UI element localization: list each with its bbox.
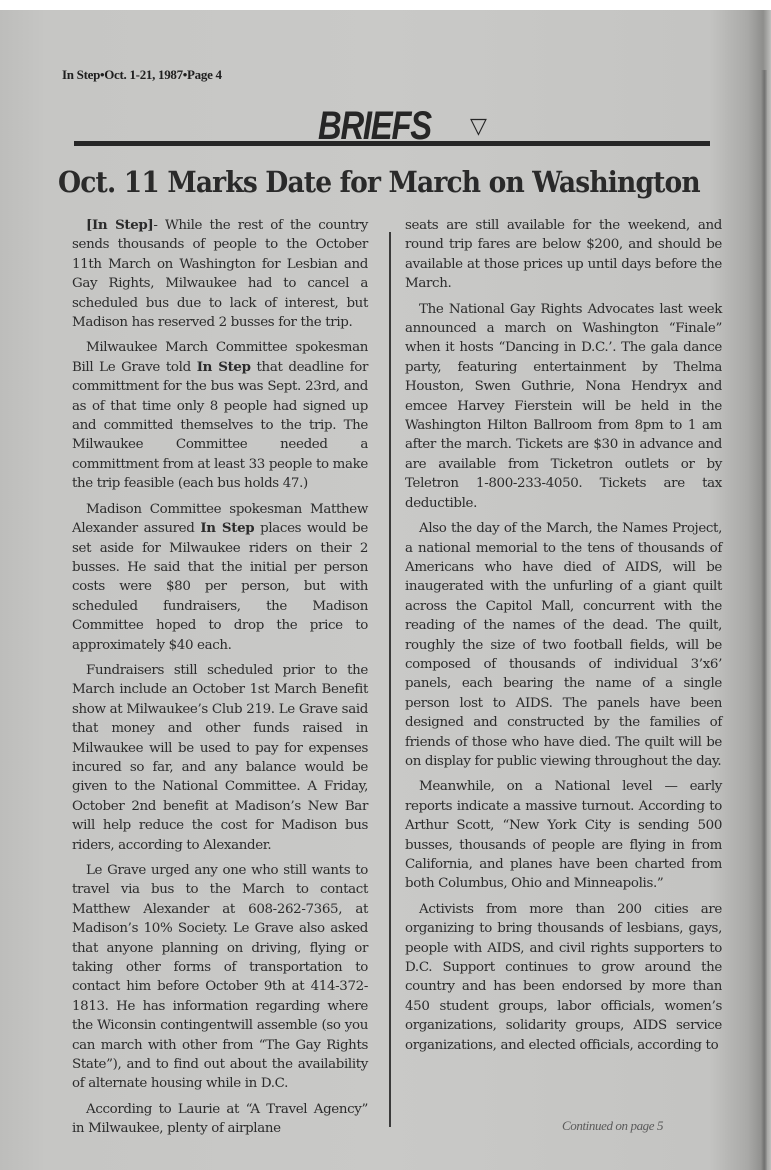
newspaper-page: In Step•Oct. 1-21, 1987•Page 4 BRIEFS ▽ … xyxy=(0,10,771,1170)
running-head: In Step•Oct. 1-21, 1987•Page 4 xyxy=(62,67,222,83)
paragraph: The National Gay Rights Advocates last w… xyxy=(405,300,722,513)
paragraph: Le Grave urged any one who still wants t… xyxy=(72,861,368,1094)
paragraph: seats are still available for the weeken… xyxy=(405,216,722,294)
paragraph: [In Step]- While the rest of the country… xyxy=(72,216,368,332)
paragraph: Madison Committee spokesman Matthew Alex… xyxy=(72,500,368,655)
continued-note: Continued on page 5 xyxy=(562,1118,663,1134)
paragraph: Activists from more than 200 cities are … xyxy=(405,900,722,1055)
down-triangle-icon: ▽ xyxy=(470,114,487,139)
publication-name: In Step xyxy=(197,359,251,375)
paragraph: Meanwhile, on a National level — early r… xyxy=(405,777,722,893)
article-column-right: seats are still available for the weeken… xyxy=(405,216,722,1061)
section-title: BRIEFS xyxy=(318,104,431,148)
paragraph: Also the day of the March, the Names Pro… xyxy=(405,519,722,771)
paragraph: Milwaukee March Committee spokesman Bill… xyxy=(72,338,368,493)
publication-name: In Step xyxy=(200,520,254,536)
column-divider xyxy=(389,232,391,1127)
dateline: [In Step] xyxy=(86,217,153,233)
article-column-left: [In Step]- While the rest of the country… xyxy=(72,216,368,1145)
paragraph: According to Laurie at “A Travel Agency”… xyxy=(72,1100,368,1139)
paragraph: Fundraisers still scheduled prior to the… xyxy=(72,661,368,855)
article-headline: Oct. 11 Marks Date for March on Washingt… xyxy=(58,162,690,202)
